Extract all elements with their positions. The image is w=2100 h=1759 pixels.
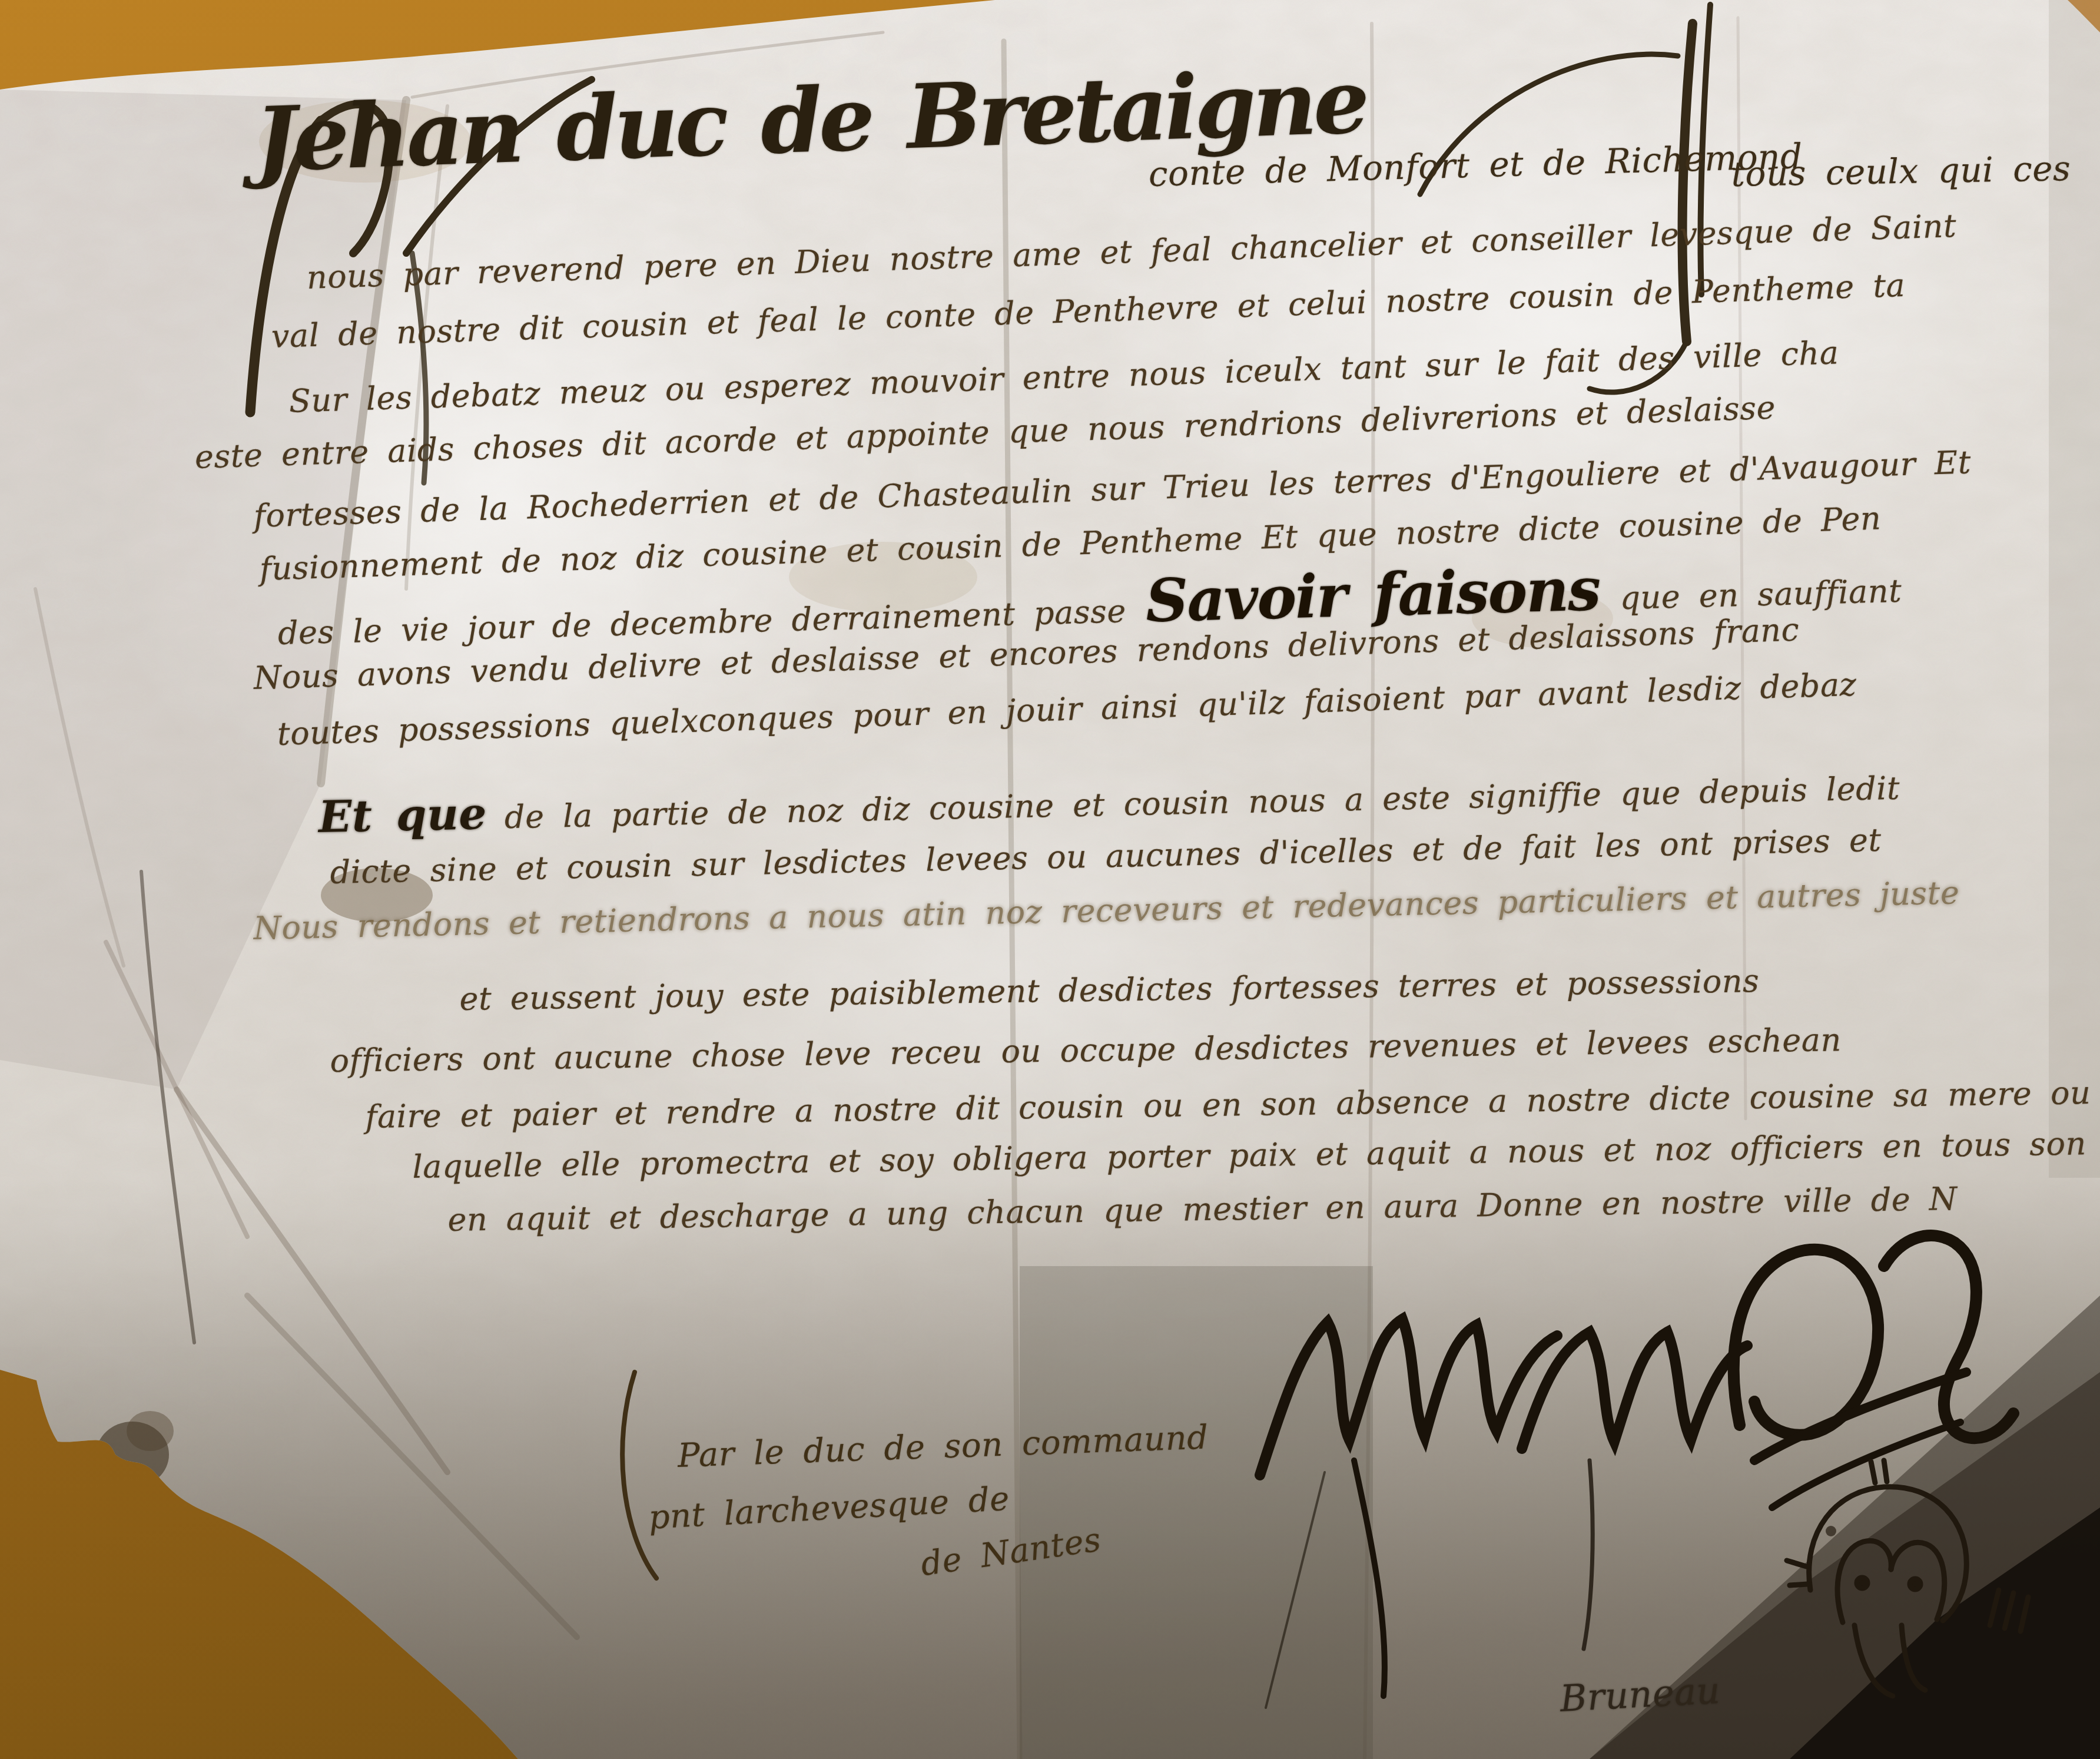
secretary-signature-bruneau: Bruneau bbox=[1559, 1669, 1721, 1720]
heading-address: tous ceulx qui ces bbox=[1731, 148, 2071, 194]
manuscript-photo: Jehan duc de Bretaigne conte de Monfort … bbox=[0, 0, 2100, 1759]
et-que-lead: Et que bbox=[318, 789, 487, 843]
savoir-line-post: que en sauffiant bbox=[1620, 572, 1902, 617]
